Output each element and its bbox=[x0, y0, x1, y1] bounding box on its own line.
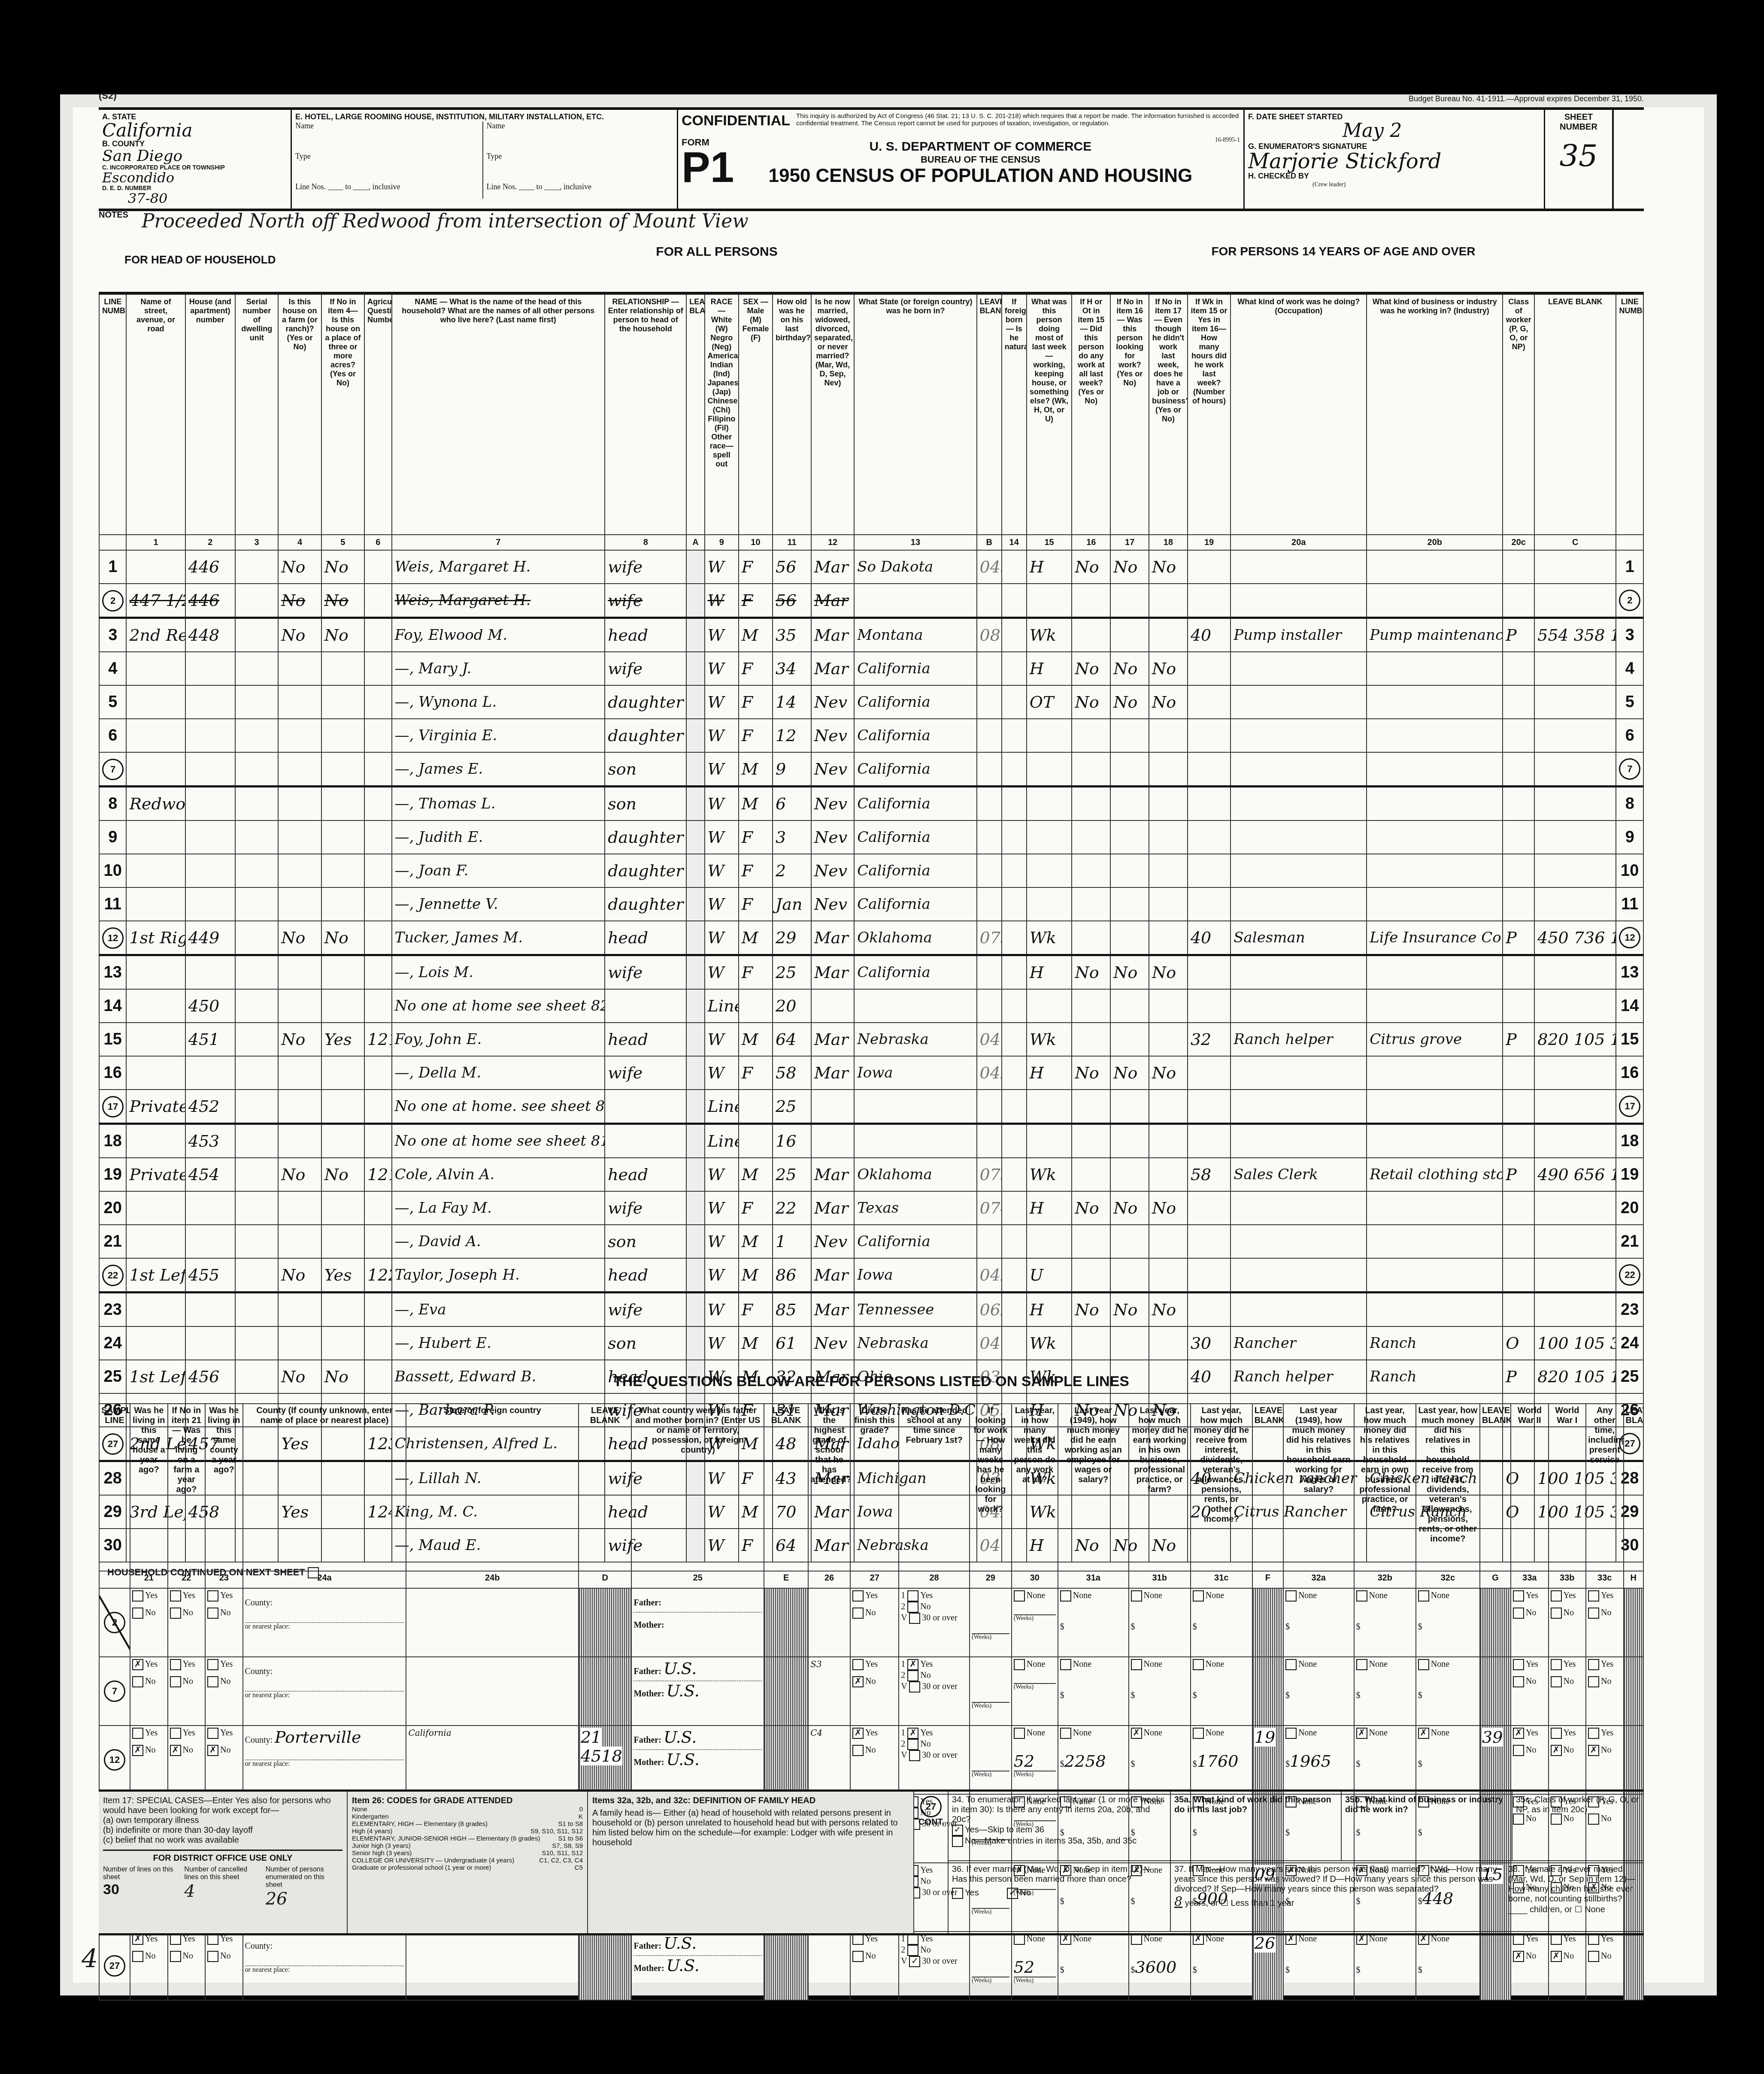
census-sheet: (S2) Budget Bureau No. 41-1911.—Approval… bbox=[73, 107, 1704, 1983]
yes-checkbox[interactable] bbox=[207, 1728, 218, 1739]
cell-c17 bbox=[1110, 584, 1149, 618]
no-checkbox[interactable] bbox=[170, 1951, 181, 1962]
cell-acres bbox=[321, 1326, 364, 1360]
cell-c18 bbox=[1149, 989, 1188, 1023]
cell-sex: F bbox=[739, 854, 773, 887]
no-checkbox[interactable] bbox=[852, 1951, 864, 1962]
sample-cell-code_h bbox=[1624, 1588, 1643, 1657]
yes-checkbox[interactable] bbox=[1513, 1659, 1524, 1670]
school-30-over-checkbox[interactable]: ✓ bbox=[909, 1956, 920, 1967]
cell-nat bbox=[1002, 1124, 1027, 1158]
cell-activity bbox=[1027, 584, 1072, 618]
cell-hours: 32 bbox=[1188, 1023, 1231, 1056]
yes-checkbox[interactable] bbox=[1588, 1728, 1599, 1739]
line-number-right: 15 bbox=[1616, 1023, 1643, 1056]
line-number: 6 bbox=[99, 719, 126, 752]
cell-birthplace: Oklahoma bbox=[854, 921, 976, 955]
sample-cell-c30: None(Weeks) bbox=[1012, 1588, 1058, 1657]
cell-industry bbox=[1367, 1191, 1503, 1225]
cell-sex: F bbox=[739, 550, 773, 584]
cell-house: 448 bbox=[185, 618, 235, 652]
cell-acres bbox=[321, 1225, 364, 1258]
cell-class bbox=[1503, 752, 1534, 787]
yes-checkbox[interactable]: ✗ bbox=[132, 1659, 143, 1670]
sample-cell-school: 1 ✗Yes2 NoV 30 or over bbox=[899, 1726, 970, 1794]
no-checkbox[interactable] bbox=[1513, 1608, 1524, 1619]
cell-c16 bbox=[1072, 921, 1110, 955]
yes-checkbox[interactable] bbox=[1551, 1659, 1562, 1670]
cell-race: W bbox=[705, 887, 739, 921]
sample-column-headers: SAMPLE LINE Was he living in this same h… bbox=[99, 1404, 1643, 1571]
cell-birthplace: Nebraska bbox=[854, 1023, 976, 1056]
cell-sex: F bbox=[739, 1191, 773, 1225]
table-row: 18453No one at home see sheet 81Line1618 bbox=[99, 1124, 1643, 1158]
cell-rel: daughter bbox=[605, 821, 686, 854]
grade-code-item: High (4 years)S9, S10, S11, S12 bbox=[352, 1828, 583, 1835]
cell-agri bbox=[364, 618, 391, 652]
cell-name: —, Lois M. bbox=[392, 955, 605, 990]
yes-checkbox[interactable]: ✗ bbox=[852, 1728, 864, 1739]
cell-marital: Nev bbox=[811, 821, 854, 854]
cell-rel: wife bbox=[605, 584, 686, 618]
cell-leave-blank-a bbox=[686, 1225, 704, 1258]
line-number: 13 bbox=[99, 955, 126, 990]
cell-codeleave-blank-b: 081 bbox=[977, 618, 1002, 652]
no-checkbox[interactable]: ✗ bbox=[1551, 1951, 1562, 1962]
none-checkbox[interactable] bbox=[1060, 1659, 1071, 1670]
cell-c16 bbox=[1072, 854, 1110, 887]
yes-checkbox[interactable] bbox=[1588, 1659, 1599, 1670]
cell-c17: No bbox=[1110, 685, 1149, 719]
school-30-over-checkbox[interactable] bbox=[909, 1681, 920, 1693]
no-checkbox[interactable] bbox=[852, 1608, 864, 1619]
cell-codeleave-blank-b bbox=[977, 652, 1002, 685]
sample-cell-c23: YesNo bbox=[205, 1657, 243, 1726]
cell-house: 450 bbox=[185, 989, 235, 1023]
none-checkbox[interactable]: ✗ bbox=[1131, 1728, 1142, 1739]
cell-leave-blank-a bbox=[686, 955, 704, 990]
cell-sex: M bbox=[739, 1326, 773, 1360]
school-no-checkbox[interactable] bbox=[907, 1739, 918, 1750]
cell-activity bbox=[1027, 854, 1072, 887]
cell-marital: Mar bbox=[811, 584, 854, 618]
no-checkbox[interactable] bbox=[1513, 1676, 1524, 1687]
cell-name: No one at home. see sheet 81 bbox=[392, 1090, 605, 1124]
grade-code-item: ELEMENTARY, JUNIOR-SENIOR HIGH — Element… bbox=[352, 1835, 583, 1842]
cell-rel: head bbox=[605, 1158, 686, 1191]
father-birthplace: U.S. bbox=[664, 1728, 697, 1747]
sample-cell-parents: Father: Mother: bbox=[631, 1588, 764, 1657]
cell-industry: Citrus grove bbox=[1367, 1023, 1503, 1056]
none-checkbox[interactable] bbox=[1014, 1659, 1025, 1670]
cell-codeleave-blank-c: 450 736 1 bbox=[1534, 921, 1616, 955]
cell-occupation bbox=[1231, 787, 1367, 821]
cell-c16: No bbox=[1072, 955, 1110, 990]
cell-acres bbox=[321, 1191, 364, 1225]
cell-class bbox=[1503, 550, 1534, 584]
cell-c18 bbox=[1149, 752, 1188, 787]
sample-cell-c32b: None$ bbox=[1354, 1657, 1416, 1726]
cell-dwelling bbox=[235, 1124, 278, 1158]
cell-c18 bbox=[1149, 1225, 1188, 1258]
q36-no-checkbox[interactable]: ✓ bbox=[1007, 1888, 1018, 1899]
none-checkbox[interactable] bbox=[1285, 1659, 1297, 1670]
none-checkbox[interactable] bbox=[1014, 1728, 1025, 1739]
cell-sex: M bbox=[739, 1158, 773, 1191]
cell-marital: Nev bbox=[811, 719, 854, 752]
cell-agri bbox=[364, 887, 391, 921]
school-30-over-checkbox[interactable] bbox=[909, 1613, 920, 1624]
line-number-right: 18 bbox=[1616, 1124, 1643, 1158]
cell-birthplace: Nebraska bbox=[854, 1326, 976, 1360]
none-checkbox[interactable] bbox=[1285, 1728, 1297, 1739]
cell-dwelling bbox=[235, 854, 278, 887]
school-no-checkbox[interactable] bbox=[907, 1602, 918, 1613]
cell-class bbox=[1503, 652, 1534, 685]
sample-cell-grade bbox=[808, 1588, 850, 1657]
cell-dwelling bbox=[235, 584, 278, 618]
school-yes-checkbox[interactable]: ✗ bbox=[907, 1659, 918, 1670]
cell-sex: F bbox=[739, 821, 773, 854]
cell-rel: head bbox=[605, 1258, 686, 1293]
sample-cell-c22: YesNo bbox=[168, 1657, 206, 1726]
cell-street: 1st Left bbox=[126, 1258, 185, 1293]
cell-hours: 40 bbox=[1188, 921, 1231, 955]
cell-farm: No bbox=[278, 584, 321, 618]
table-row: 9—, Judith E.daughterWF3NevCalifornia9 bbox=[99, 821, 1643, 854]
yes-checkbox[interactable] bbox=[1551, 1728, 1562, 1739]
cell-c18 bbox=[1149, 719, 1188, 752]
cell-c18 bbox=[1149, 1090, 1188, 1124]
cell-codeleave-blank-c: 554 358 1 bbox=[1534, 618, 1616, 652]
cell-class bbox=[1503, 821, 1534, 854]
cell-marital: Mar bbox=[811, 1023, 854, 1056]
cell-occupation bbox=[1231, 887, 1367, 921]
line-number-right: 6 bbox=[1616, 719, 1643, 752]
grade-code-item: COLLEGE OR UNIVERSITY — Undergraduate (4… bbox=[352, 1857, 583, 1864]
cell-age: 25 bbox=[773, 955, 811, 990]
cell-leave-blank-a bbox=[686, 989, 704, 1023]
cell-codeleave-blank-b bbox=[977, 887, 1002, 921]
yes-checkbox[interactable] bbox=[170, 1728, 181, 1739]
cell-occupation bbox=[1231, 719, 1367, 752]
cell-activity: Wk bbox=[1027, 1158, 1072, 1191]
cell-c16 bbox=[1072, 1225, 1110, 1258]
yes-checkbox[interactable] bbox=[1588, 1590, 1599, 1602]
cell-c18: No bbox=[1149, 1191, 1188, 1225]
cell-leave-blank-a bbox=[686, 719, 704, 752]
table-row: 32nd Rear Right448NoNoFoy, Elwood M.head… bbox=[99, 618, 1643, 652]
cell-race: W bbox=[705, 1191, 739, 1225]
q34-yes-checkbox[interactable]: ✓ bbox=[952, 1825, 963, 1836]
table-row: 121st Right449NoNoTucker, James M.headWM… bbox=[99, 921, 1643, 955]
cell-house bbox=[185, 1056, 235, 1090]
cell-sex: F bbox=[739, 719, 773, 752]
cell-dwelling bbox=[235, 550, 278, 584]
no-checkbox[interactable] bbox=[132, 1951, 143, 1962]
line-number: 9 bbox=[99, 821, 126, 854]
cell-farm bbox=[278, 1293, 321, 1327]
no-checkbox[interactable] bbox=[132, 1676, 143, 1687]
section-all-persons: FOR ALL PERSONS bbox=[502, 245, 931, 259]
cell-nat bbox=[1002, 854, 1027, 887]
school-no-checkbox[interactable] bbox=[907, 1670, 918, 1681]
q36-yes-checkbox[interactable] bbox=[952, 1888, 963, 1899]
yes-checkbox[interactable] bbox=[170, 1590, 181, 1602]
none-checkbox[interactable] bbox=[1014, 1590, 1025, 1602]
no-checkbox[interactable] bbox=[207, 1951, 218, 1962]
cell-acres bbox=[321, 752, 364, 787]
cell-rel: wife bbox=[605, 1056, 686, 1090]
cell-c17 bbox=[1110, 719, 1149, 752]
grade-codes: Item 26: CODES for GRADE ATTENDED None0K… bbox=[348, 1792, 588, 1933]
cell-street bbox=[126, 1023, 185, 1056]
no-checkbox[interactable] bbox=[170, 1676, 181, 1687]
mother-birthplace: U.S. bbox=[667, 1681, 700, 1700]
line-number-right: 19 bbox=[1616, 1158, 1643, 1191]
cell-rel: wife bbox=[605, 955, 686, 990]
no-checkbox[interactable]: ✗ bbox=[852, 1676, 864, 1687]
no-checkbox[interactable]: ✗ bbox=[1588, 1745, 1599, 1756]
none-checkbox[interactable] bbox=[1356, 1590, 1367, 1602]
cell-name: —, Virginia E. bbox=[392, 719, 605, 752]
grade-code-item: Graduate or professional school (1 year … bbox=[352, 1864, 583, 1871]
notes-text: Proceeded North off Redwood from interse… bbox=[142, 210, 749, 232]
yes-checkbox[interactable] bbox=[1551, 1590, 1562, 1602]
yes-checkbox[interactable] bbox=[170, 1659, 181, 1670]
cell-house bbox=[185, 652, 235, 685]
cell-leave-blank-a bbox=[686, 584, 704, 618]
cell-nat bbox=[1002, 1258, 1027, 1293]
cell-acres bbox=[321, 652, 364, 685]
cell-c16 bbox=[1072, 821, 1110, 854]
yes-checkbox[interactable] bbox=[852, 1659, 864, 1670]
cell-codeleave-blank-c bbox=[1534, 1293, 1616, 1327]
none-checkbox[interactable] bbox=[1131, 1659, 1142, 1670]
sample-cell-c32a: ✗None$ bbox=[1283, 1932, 1354, 2000]
none-checkbox[interactable] bbox=[1193, 1659, 1204, 1670]
sample-cell-parents: Father: U.S.Mother: U.S. bbox=[631, 1932, 764, 2000]
cell-dwelling bbox=[235, 1090, 278, 1124]
cell-name: Foy, John E. bbox=[392, 1023, 605, 1056]
no-checkbox[interactable]: ✗ bbox=[1513, 1951, 1524, 1962]
cell-c18 bbox=[1149, 1258, 1188, 1293]
cell-farm bbox=[278, 955, 321, 990]
cell-industry bbox=[1367, 550, 1503, 584]
state-value: California bbox=[102, 121, 287, 139]
school-no-checkbox[interactable] bbox=[907, 1945, 918, 1956]
cell-birthplace bbox=[854, 1124, 976, 1158]
none-checkbox[interactable]: ✗ bbox=[1356, 1728, 1367, 1739]
yes-checkbox[interactable] bbox=[1513, 1590, 1524, 1602]
cell-dwelling bbox=[235, 1191, 278, 1225]
no-checkbox[interactable]: ✗ bbox=[170, 1745, 181, 1756]
cell-leave-blank-a bbox=[686, 752, 704, 787]
cell-occupation bbox=[1231, 1225, 1367, 1258]
sample-cell-c31b: None$3600 bbox=[1129, 1932, 1191, 2000]
yes-checkbox[interactable] bbox=[132, 1728, 143, 1739]
cell-race: W bbox=[705, 921, 739, 955]
sample-cell-code_g: 39 bbox=[1480, 1726, 1511, 1794]
table-row: 8Redwood—, Thomas L.sonWM6NevCalifornia8 bbox=[99, 787, 1643, 821]
cell-age: 3 bbox=[773, 821, 811, 854]
q34-no-checkbox[interactable] bbox=[952, 1836, 963, 1847]
cell-name: Taylor, Joseph H. bbox=[392, 1258, 605, 1293]
sample-cell-code_d: 21 4518 bbox=[579, 1726, 632, 1794]
cell-nat bbox=[1002, 1225, 1027, 1258]
none-checkbox[interactable] bbox=[1193, 1728, 1204, 1739]
cell-race: W bbox=[705, 719, 739, 752]
no-checkbox[interactable] bbox=[1588, 1951, 1599, 1962]
cell-industry bbox=[1367, 1258, 1503, 1293]
cell-c17: No bbox=[1110, 1293, 1149, 1327]
school-30-over-checkbox[interactable] bbox=[909, 1750, 920, 1761]
cell-marital: Mar bbox=[811, 1258, 854, 1293]
cell-occupation: Sales Clerk bbox=[1231, 1158, 1367, 1191]
none-checkbox[interactable] bbox=[1285, 1590, 1297, 1602]
cell-house bbox=[185, 1326, 235, 1360]
cell-nat bbox=[1002, 955, 1027, 990]
cell-c16 bbox=[1072, 1023, 1110, 1056]
cell-codeleave-blank-b bbox=[977, 989, 1002, 1023]
date-started: May 2 bbox=[1248, 121, 1540, 140]
sample-cell-c31a: None$2258 bbox=[1058, 1726, 1129, 1794]
yes-checkbox[interactable] bbox=[852, 1590, 864, 1602]
no-checkbox[interactable] bbox=[207, 1676, 218, 1687]
enumerator-block: f. DATE SHEET STARTED May 2 g. ENUMERATO… bbox=[1245, 110, 1545, 209]
cell-race: W bbox=[705, 584, 739, 618]
cell-codeleave-blank-b: 046 bbox=[977, 1326, 1002, 1360]
cell-birthplace: California bbox=[854, 787, 976, 821]
cancelled-count: 4 bbox=[184, 1881, 261, 1901]
cell-agri bbox=[364, 652, 391, 685]
cell-sex: F bbox=[739, 584, 773, 618]
cell-class bbox=[1503, 955, 1534, 990]
cell-acres bbox=[321, 821, 364, 854]
cell-sex: M bbox=[739, 921, 773, 955]
cell-activity: Wk bbox=[1027, 1326, 1072, 1360]
cell-rel bbox=[605, 989, 686, 1023]
cell-activity: H bbox=[1027, 955, 1072, 990]
cell-c16: No bbox=[1072, 685, 1110, 719]
cell-industry bbox=[1367, 719, 1503, 752]
cell-marital: Mar bbox=[811, 1056, 854, 1090]
no-checkbox[interactable] bbox=[1588, 1608, 1599, 1619]
cell-name: Foy, Elwood M. bbox=[392, 618, 605, 652]
none-checkbox[interactable] bbox=[1131, 1590, 1142, 1602]
no-checkbox[interactable] bbox=[170, 1608, 181, 1619]
yes-checkbox[interactable] bbox=[132, 1590, 143, 1602]
county-value: San Diego bbox=[102, 148, 287, 164]
yes-checkbox[interactable]: ✗ bbox=[1513, 1728, 1524, 1739]
none-checkbox[interactable] bbox=[1418, 1590, 1429, 1602]
col-header-line: LINE NUMBER bbox=[99, 294, 126, 535]
cell-farm: No bbox=[278, 1258, 321, 1293]
cell-industry bbox=[1367, 821, 1503, 854]
none-checkbox[interactable] bbox=[1418, 1659, 1429, 1670]
sample-cell-c29: (Weeks) bbox=[970, 1657, 1012, 1726]
cell-codeleave-blank-c bbox=[1534, 550, 1616, 584]
cell-name: No one at home see sheet 81 bbox=[392, 1124, 605, 1158]
cell-house: 454 bbox=[185, 1158, 235, 1191]
cell-farm: No bbox=[278, 921, 321, 955]
school-yes-checkbox[interactable]: ✗ bbox=[907, 1728, 918, 1739]
none-checkbox[interactable] bbox=[1060, 1590, 1071, 1602]
cell-occupation bbox=[1231, 1191, 1367, 1225]
cell-codeleave-blank-b bbox=[977, 1090, 1002, 1124]
cell-rel: head bbox=[605, 921, 686, 955]
none-checkbox[interactable]: ✗ bbox=[1418, 1728, 1429, 1739]
q37-years: 8 bbox=[1174, 1894, 1182, 1909]
cell-hours bbox=[1188, 550, 1231, 584]
cell-farm bbox=[278, 787, 321, 821]
cell-c17 bbox=[1110, 887, 1149, 921]
no-checkbox[interactable] bbox=[1513, 1745, 1524, 1756]
cell-sex bbox=[739, 1124, 773, 1158]
cell-c18 bbox=[1149, 921, 1188, 955]
cell-acres: No bbox=[321, 921, 364, 955]
cell-codeleave-blank-b: 073 bbox=[977, 921, 1002, 955]
cell-name: —, Joan F. bbox=[392, 854, 605, 887]
cell-farm bbox=[278, 887, 321, 921]
sample-column-numbers: 21 22 23 24a 24b D 25 E 26 27 28 29 30 3… bbox=[99, 1571, 1643, 1588]
yes-checkbox[interactable] bbox=[207, 1659, 218, 1670]
cell-activity bbox=[1027, 887, 1072, 921]
school-yes-checkbox[interactable] bbox=[907, 1590, 918, 1602]
no-checkbox[interactable] bbox=[1588, 1676, 1599, 1687]
cell-hours bbox=[1188, 1090, 1231, 1124]
no-checkbox[interactable] bbox=[1551, 1608, 1562, 1619]
cell-industry: Pump maintenance & installation Co. bbox=[1367, 618, 1503, 652]
cell-acres bbox=[321, 719, 364, 752]
cell-industry bbox=[1367, 854, 1503, 887]
cell-dwelling bbox=[235, 887, 278, 921]
cell-agri bbox=[364, 821, 391, 854]
cell-name: Weis, Margaret H. bbox=[392, 550, 605, 584]
sample-cell-c32a: None$ bbox=[1283, 1588, 1354, 1657]
no-checkbox[interactable]: ✗ bbox=[207, 1745, 218, 1756]
sample-cell-c32a: None$ bbox=[1283, 1657, 1354, 1726]
cell-industry: Retail clothing store bbox=[1367, 1158, 1503, 1191]
line-number-right: 7 bbox=[1616, 752, 1643, 787]
no-checkbox[interactable] bbox=[132, 1608, 143, 1619]
line-27-questions: 34. To enumerator: If worked last year (… bbox=[949, 1792, 1644, 1933]
none-checkbox[interactable] bbox=[1060, 1728, 1071, 1739]
table-row: 7—, James E.sonWM9NevCalifornia7 bbox=[99, 752, 1643, 787]
cell-c18: No bbox=[1149, 1293, 1188, 1327]
no-checkbox[interactable]: ✗ bbox=[1551, 1745, 1562, 1756]
cell-agri: 122 bbox=[364, 1258, 391, 1293]
line-number: 12 bbox=[99, 921, 126, 955]
none-checkbox[interactable] bbox=[1193, 1590, 1204, 1602]
cell-leave-blank-a bbox=[686, 1158, 704, 1191]
sample-cell-other: YesNo bbox=[1586, 1657, 1624, 1726]
header-bar: a. STATE California b. COUNTY San Diego … bbox=[99, 107, 1644, 211]
none-checkbox[interactable] bbox=[1356, 1659, 1367, 1670]
sample-cell-other: Yes✗No bbox=[1586, 1726, 1624, 1794]
sample-cell-c21: YesNo bbox=[130, 1588, 168, 1657]
yes-checkbox[interactable] bbox=[207, 1590, 218, 1602]
no-checkbox[interactable] bbox=[852, 1745, 864, 1756]
cell-occupation bbox=[1231, 821, 1367, 854]
cell-c16: No bbox=[1072, 1191, 1110, 1225]
cell-class bbox=[1503, 887, 1534, 921]
no-checkbox[interactable] bbox=[207, 1608, 218, 1619]
cell-codeleave-blank-c bbox=[1534, 685, 1616, 719]
no-checkbox[interactable]: ✗ bbox=[132, 1745, 143, 1756]
no-checkbox[interactable] bbox=[1551, 1676, 1562, 1687]
cell-industry bbox=[1367, 955, 1503, 990]
